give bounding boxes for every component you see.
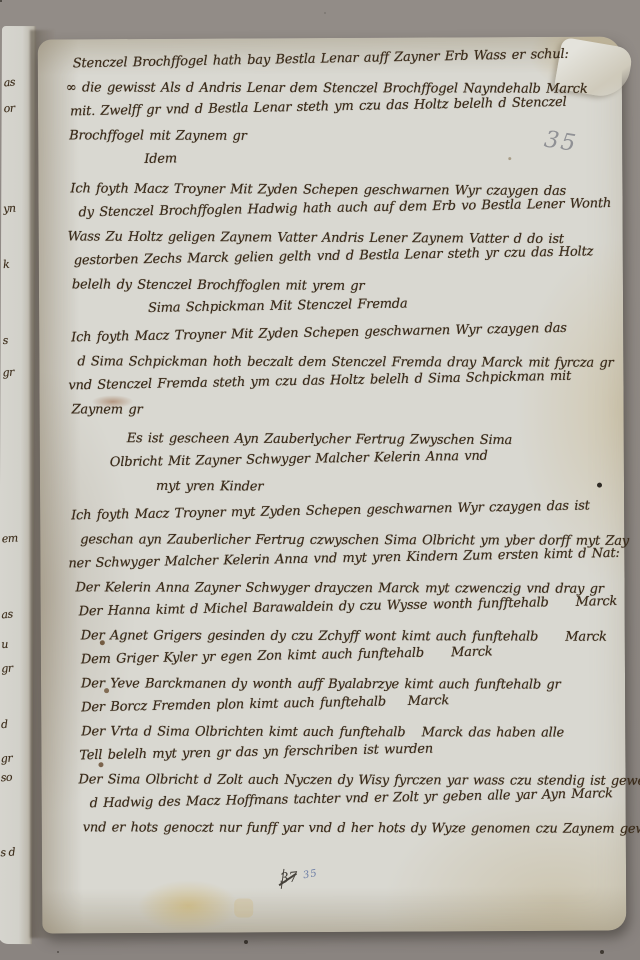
manuscript-line: Ich foyth Macz Troyner myt Zyden Schepen… <box>71 494 607 528</box>
previous-page-text-fragment: gr <box>1 662 13 676</box>
backdrop-speckles <box>0 0 2 2</box>
entry-block-fertrag-heading: Es ist gescheen Ayn Zauberlycher Fertrug… <box>68 425 606 500</box>
previous-page-text-fragment: k <box>3 258 10 271</box>
entry-block-sima-schpickman: Ich foyth Macz Troyner Mit Zyden Schepen… <box>67 324 605 423</box>
manuscript-text: Stenczel Brochffogel hath bay Bestla Len… <box>66 50 608 854</box>
manuscript-line: Zaynem gr <box>71 398 605 423</box>
previous-page-text-fragment: gr <box>0 752 12 766</box>
previous-page-text-fragment: d <box>1 718 8 731</box>
previous-page-text-fragment: as <box>3 76 15 90</box>
entry-block-fertrag-olbricht: Ich foyth Macz Troyner myt Zyden Schepen… <box>68 502 608 841</box>
previous-page-text-fragment: so <box>0 771 12 785</box>
previous-page-text-fragment: yn <box>3 202 16 216</box>
manuscript-line: vnd er hots genoczt nur funff yar vnd d … <box>83 816 608 841</box>
previous-page-text-fragment: as <box>1 608 13 622</box>
previous-page-text-fragment: or <box>3 102 15 116</box>
entry-block-stenczel-brochffogel: Stenczel Brochffogel hath bay Bestla Len… <box>66 50 605 173</box>
previous-page-text-fragment: u <box>1 638 8 651</box>
page-speckles <box>38 40 41 43</box>
blue-folio-number: 35 <box>302 868 318 881</box>
previous-page-text-fragment: gr <box>2 366 14 380</box>
entry-block-hadwig-brochffoglen: Ich foyth Macz Troyner Mit Zyden Schepen… <box>66 175 605 322</box>
photo-backdrop: asorynksgremasugrdgrsos d 35 Stenczel Br… <box>0 0 640 960</box>
previous-page-text-fragment: s <box>2 334 8 347</box>
archival-marks: 3735 <box>280 870 313 886</box>
manuscript-page: 35 Stenczel Brochffogel hath bay Bestla … <box>38 36 627 933</box>
previous-page-text-fragment: s d <box>0 845 15 859</box>
manuscript-line: Stenczel Brochffogel hath bay Bestla Len… <box>72 42 604 76</box>
manuscript-line: Ich foyth Macz Troyner Mit Zyden Schepen… <box>71 316 605 350</box>
previous-page-text-fragment: em <box>1 531 18 545</box>
crossed-out-number: 37 <box>279 869 298 887</box>
